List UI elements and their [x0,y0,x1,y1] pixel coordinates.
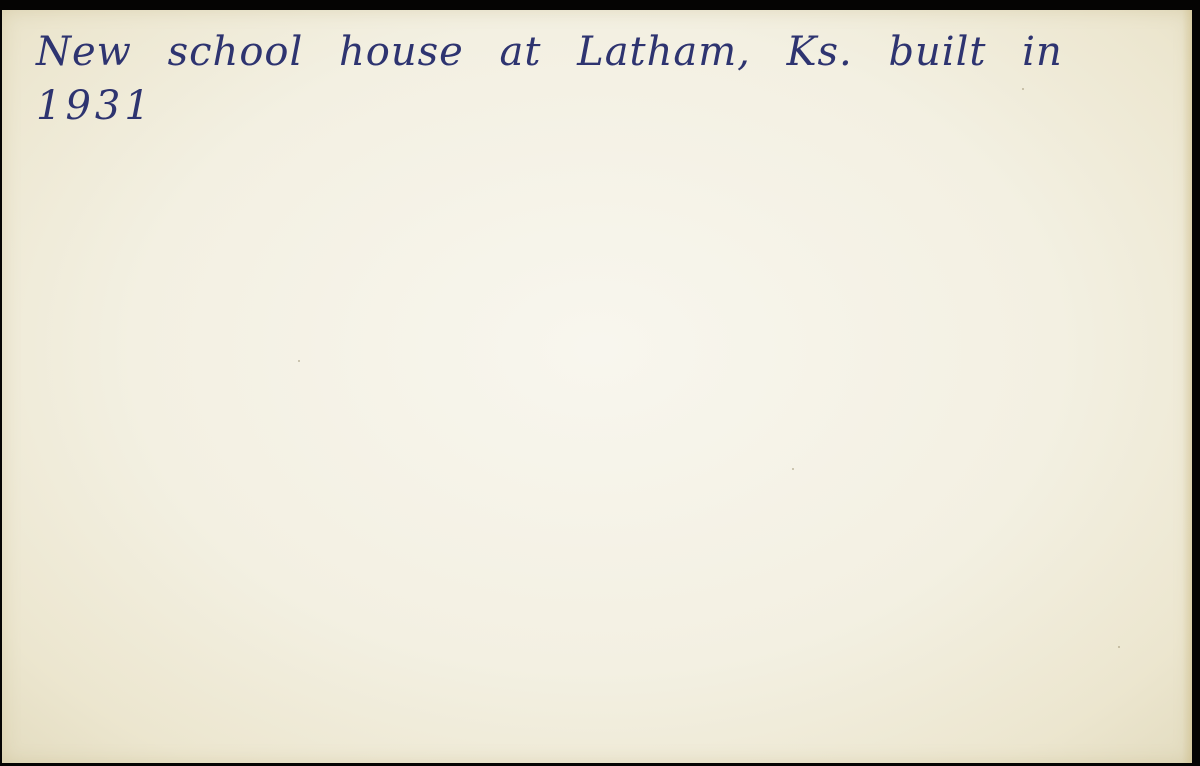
note-line-1: New school house at Latham, Ks. built in [36,24,1166,80]
paper-speck [792,468,794,470]
note-line-2-year: 1931 [36,78,1166,134]
handwritten-note: New school house at Latham, Ks. built in… [36,24,1166,134]
paper-speck [1118,646,1120,648]
paper-speck [298,360,300,362]
paper-speck [1022,88,1024,90]
scanned-card-background: New school house at Latham, Ks. built in… [0,0,1200,766]
index-card: New school house at Latham, Ks. built in… [2,10,1192,763]
